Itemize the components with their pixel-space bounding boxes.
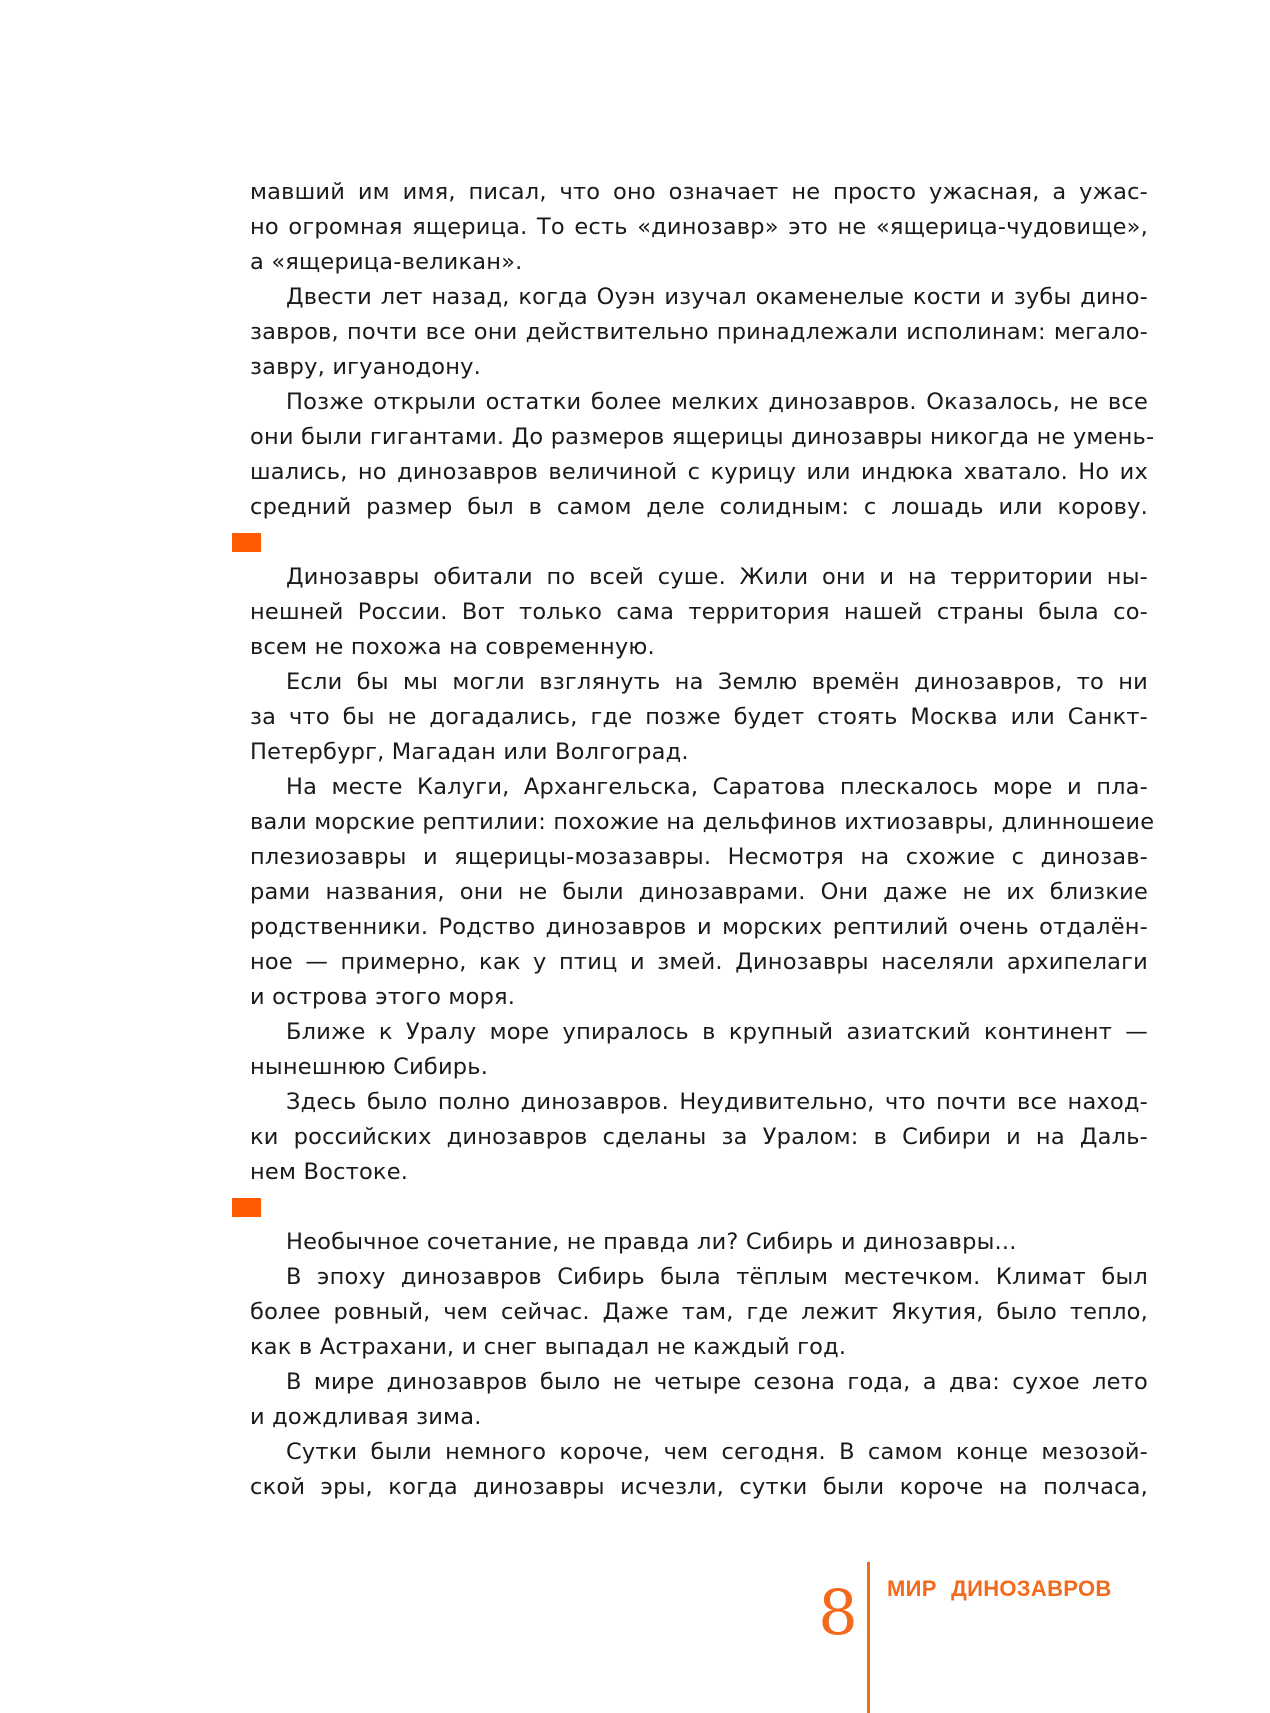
text-line: нешней России. Вот только сама территори…: [250, 595, 1148, 630]
text-line: а «ящерица-великан».: [250, 245, 1148, 280]
text-line: Позже открыли остатки более мелких диноз…: [250, 385, 1148, 420]
text-line: Ближе к Уралу море упиралось в крупный а…: [250, 1015, 1148, 1050]
text-line: Необычное сочетание, не правда ли? Сибир…: [250, 1225, 1148, 1260]
text-line: за что бы не догадались, где позже будет…: [250, 700, 1148, 735]
text-line: и дождливая зима.: [250, 1400, 1148, 1435]
orange-square-icon: [232, 533, 261, 552]
text-line: Двести лет назад, когда Оуэн изучал окам…: [250, 280, 1148, 315]
body-text: мавший им имя, писал, что оно означает н…: [250, 175, 1148, 1505]
text-line: В мире динозавров было не четыре сезона …: [250, 1365, 1148, 1400]
section-marker: [250, 1190, 1148, 1225]
text-line: Динозавры обитали по всей суше. Жили они…: [250, 560, 1148, 595]
text-line: Если бы мы могли взглянуть на Землю врем…: [250, 665, 1148, 700]
text-line: ное — примерно, как у птиц и змей. Диноз…: [250, 945, 1148, 980]
text-line: и острова этого моря.: [250, 980, 1148, 1015]
text-line: нем Востоке.: [250, 1155, 1148, 1190]
footer-divider: [867, 1562, 870, 1713]
text-line: рами названия, они не были динозаврами. …: [250, 875, 1148, 910]
text-line: ской эры, когда динозавры исчезли, сутки…: [250, 1470, 1148, 1505]
text-line: более ровный, чем сейчас. Даже там, где …: [250, 1295, 1148, 1330]
text-line: завров, почти все они действительно прин…: [250, 315, 1148, 350]
book-page: мавший им имя, писал, что оно означает н…: [0, 0, 1270, 1713]
section-marker: [250, 525, 1148, 560]
text-line: Сутки были немного короче, чем сегодня. …: [250, 1435, 1148, 1470]
text-line: как в Астрахани, и снег выпадал не кажды…: [250, 1330, 1148, 1365]
text-line: мавший им имя, писал, что оно означает н…: [250, 175, 1148, 210]
text-line: вали морские рептилии: похожие на дельфи…: [250, 805, 1148, 840]
text-line: они были гигантами. До размеров ящерицы …: [250, 420, 1148, 455]
text-line: Петербург, Магадан или Волгоград.: [250, 735, 1148, 770]
running-title: МИР ДИНОЗАВРОВ: [887, 1576, 1112, 1602]
text-line: На месте Калуги, Архангельска, Саратова …: [250, 770, 1148, 805]
page-number: 8: [818, 1578, 858, 1648]
text-line: плезиозавры и ящерицы-мозазавры. Несмотр…: [250, 840, 1148, 875]
text-line: завру, игуанодону.: [250, 350, 1148, 385]
text-line: средний размер был в самом деле солидным…: [250, 490, 1148, 525]
orange-square-icon: [232, 1198, 261, 1217]
text-line: родственники. Родство динозавров и морск…: [250, 910, 1148, 945]
text-line: шались, но динозавров величиной с курицу…: [250, 455, 1148, 490]
text-line: но огромная ящерица. То есть «динозавр» …: [250, 210, 1148, 245]
text-line: нынешнюю Сибирь.: [250, 1050, 1148, 1085]
text-line: ки российских динозавров сделаны за Урал…: [250, 1120, 1148, 1155]
text-line: Здесь было полно динозавров. Неудивитель…: [250, 1085, 1148, 1120]
text-line: всем не похожа на современную.: [250, 630, 1148, 665]
text-line: В эпоху динозавров Сибирь была тёплым ме…: [250, 1260, 1148, 1295]
